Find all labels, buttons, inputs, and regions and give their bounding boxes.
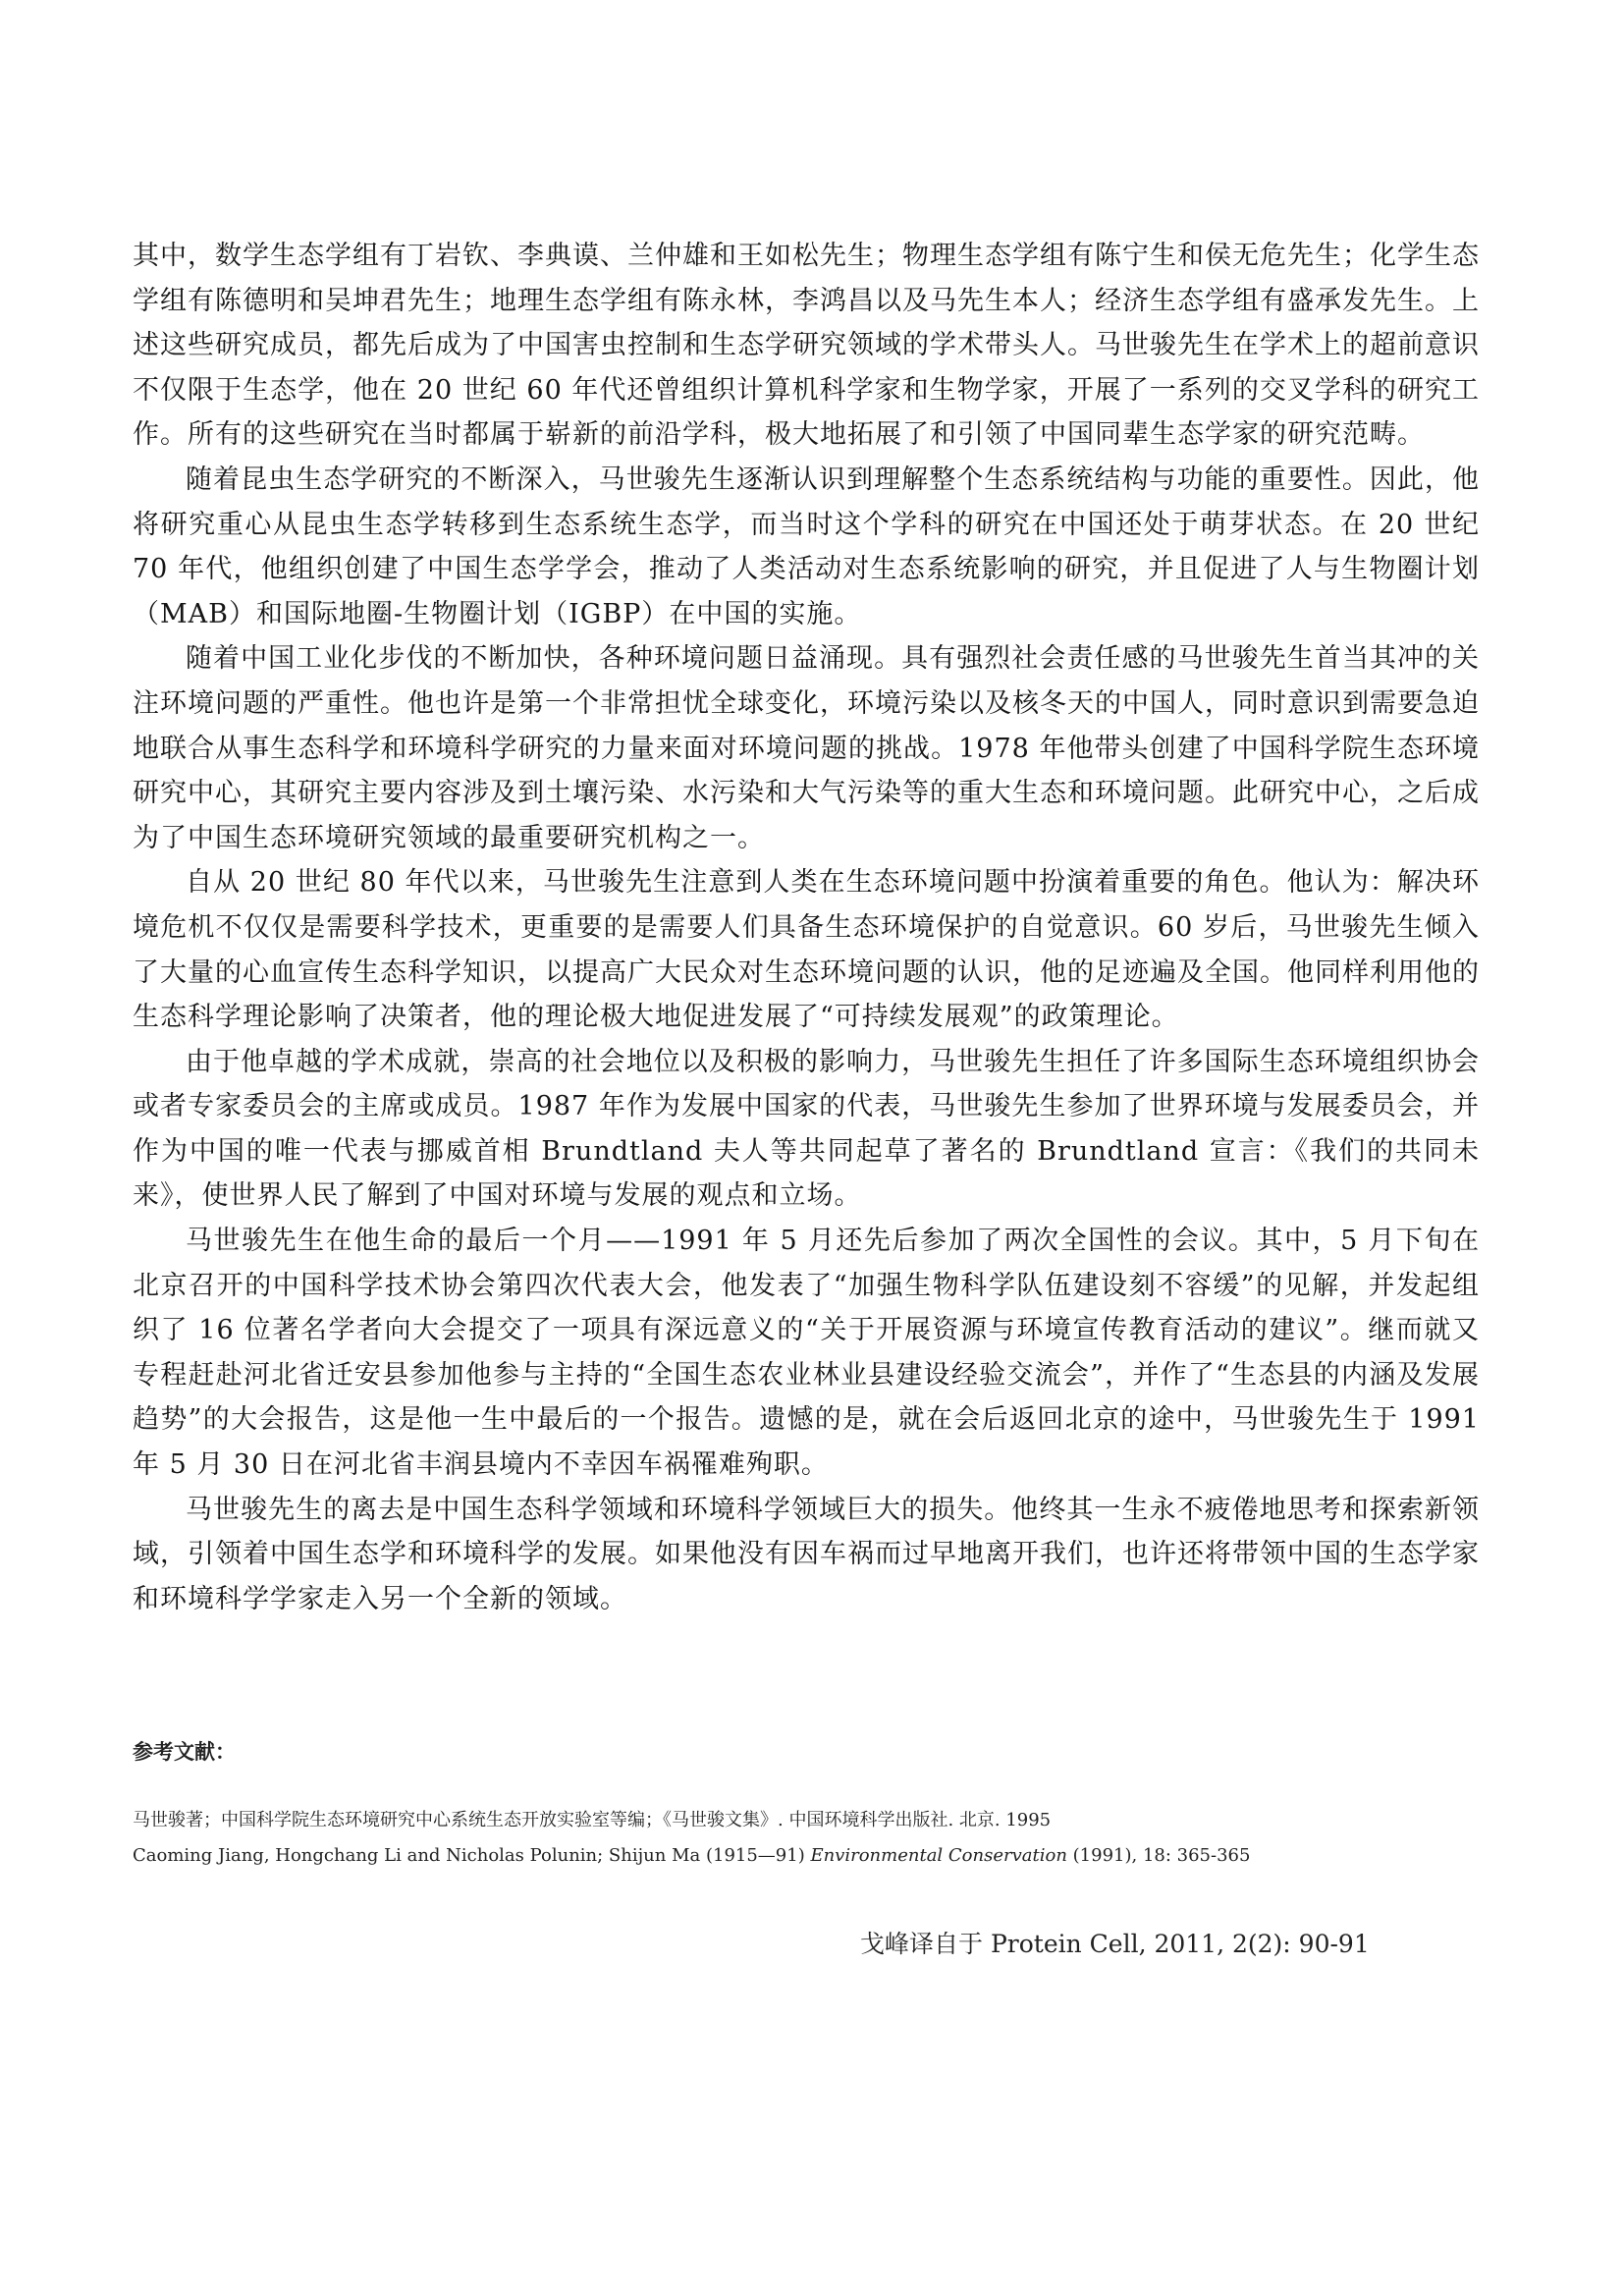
paragraph: 由于他卓越的学术成就，崇高的社会地位以及积极的影响力，马世骏先生担任了许多国际生… — [133, 1040, 1480, 1219]
article-body: 其中，数学生态学组有丁岩钦、李典谟、兰仲雄和王如松先生；物理生态学组有陈宁生和侯… — [133, 234, 1480, 1621]
reference-volume: (1991), 18: 365-365 — [1067, 1845, 1251, 1866]
reference-item: 马世骏著；中国科学院生态环境研究中心系统生态开放实验室等编；《马世骏文集》. 中… — [133, 1803, 1507, 1838]
references-list: 马世骏著；中国科学院生态环境研究中心系统生态开放实验室等编；《马世骏文集》. 中… — [133, 1803, 1507, 1874]
paragraph: 自从 20 世纪 80 年代以来，马世骏先生注意到人类在生态环境问题中扮演着重要… — [133, 860, 1480, 1039]
reference-journal: Environmental Conservation — [810, 1845, 1066, 1866]
paragraph: 随着昆虫生态学研究的不断深入，马世骏先生逐渐认识到理解整个生态系统结构与功能的重… — [133, 458, 1480, 636]
paragraph: 马世骏先生的离去是中国生态科学领域和环境科学领域巨大的损失。他终其一生永不疲倦地… — [133, 1488, 1480, 1622]
reference-item: Caoming Jiang, Hongchang Li and Nicholas… — [133, 1838, 1507, 1874]
references-heading: 参考文献： — [133, 1736, 236, 1766]
paragraph: 其中，数学生态学组有丁岩钦、李典谟、兰仲雄和王如松先生；物理生态学组有陈宁生和侯… — [133, 234, 1480, 458]
reference-authors: Caoming Jiang, Hongchang Li and Nicholas… — [133, 1845, 810, 1866]
document-page: 其中，数学生态学组有丁岩钦、李典谟、兰仲雄和王如松先生；物理生态学组有陈宁生和侯… — [0, 0, 1624, 2293]
paragraph: 马世骏先生在他生命的最后一个月——1991 年 5 月还先后参加了两次全国性的会… — [133, 1219, 1480, 1488]
paragraph: 随着中国工业化步伐的不断加快，各种环境问题日益涌现。具有强烈社会责任感的马世骏先… — [133, 636, 1480, 860]
translation-source-note: 戈峰译自于 Protein Cell, 2011, 2(2): 90-91 — [860, 1925, 1370, 1960]
